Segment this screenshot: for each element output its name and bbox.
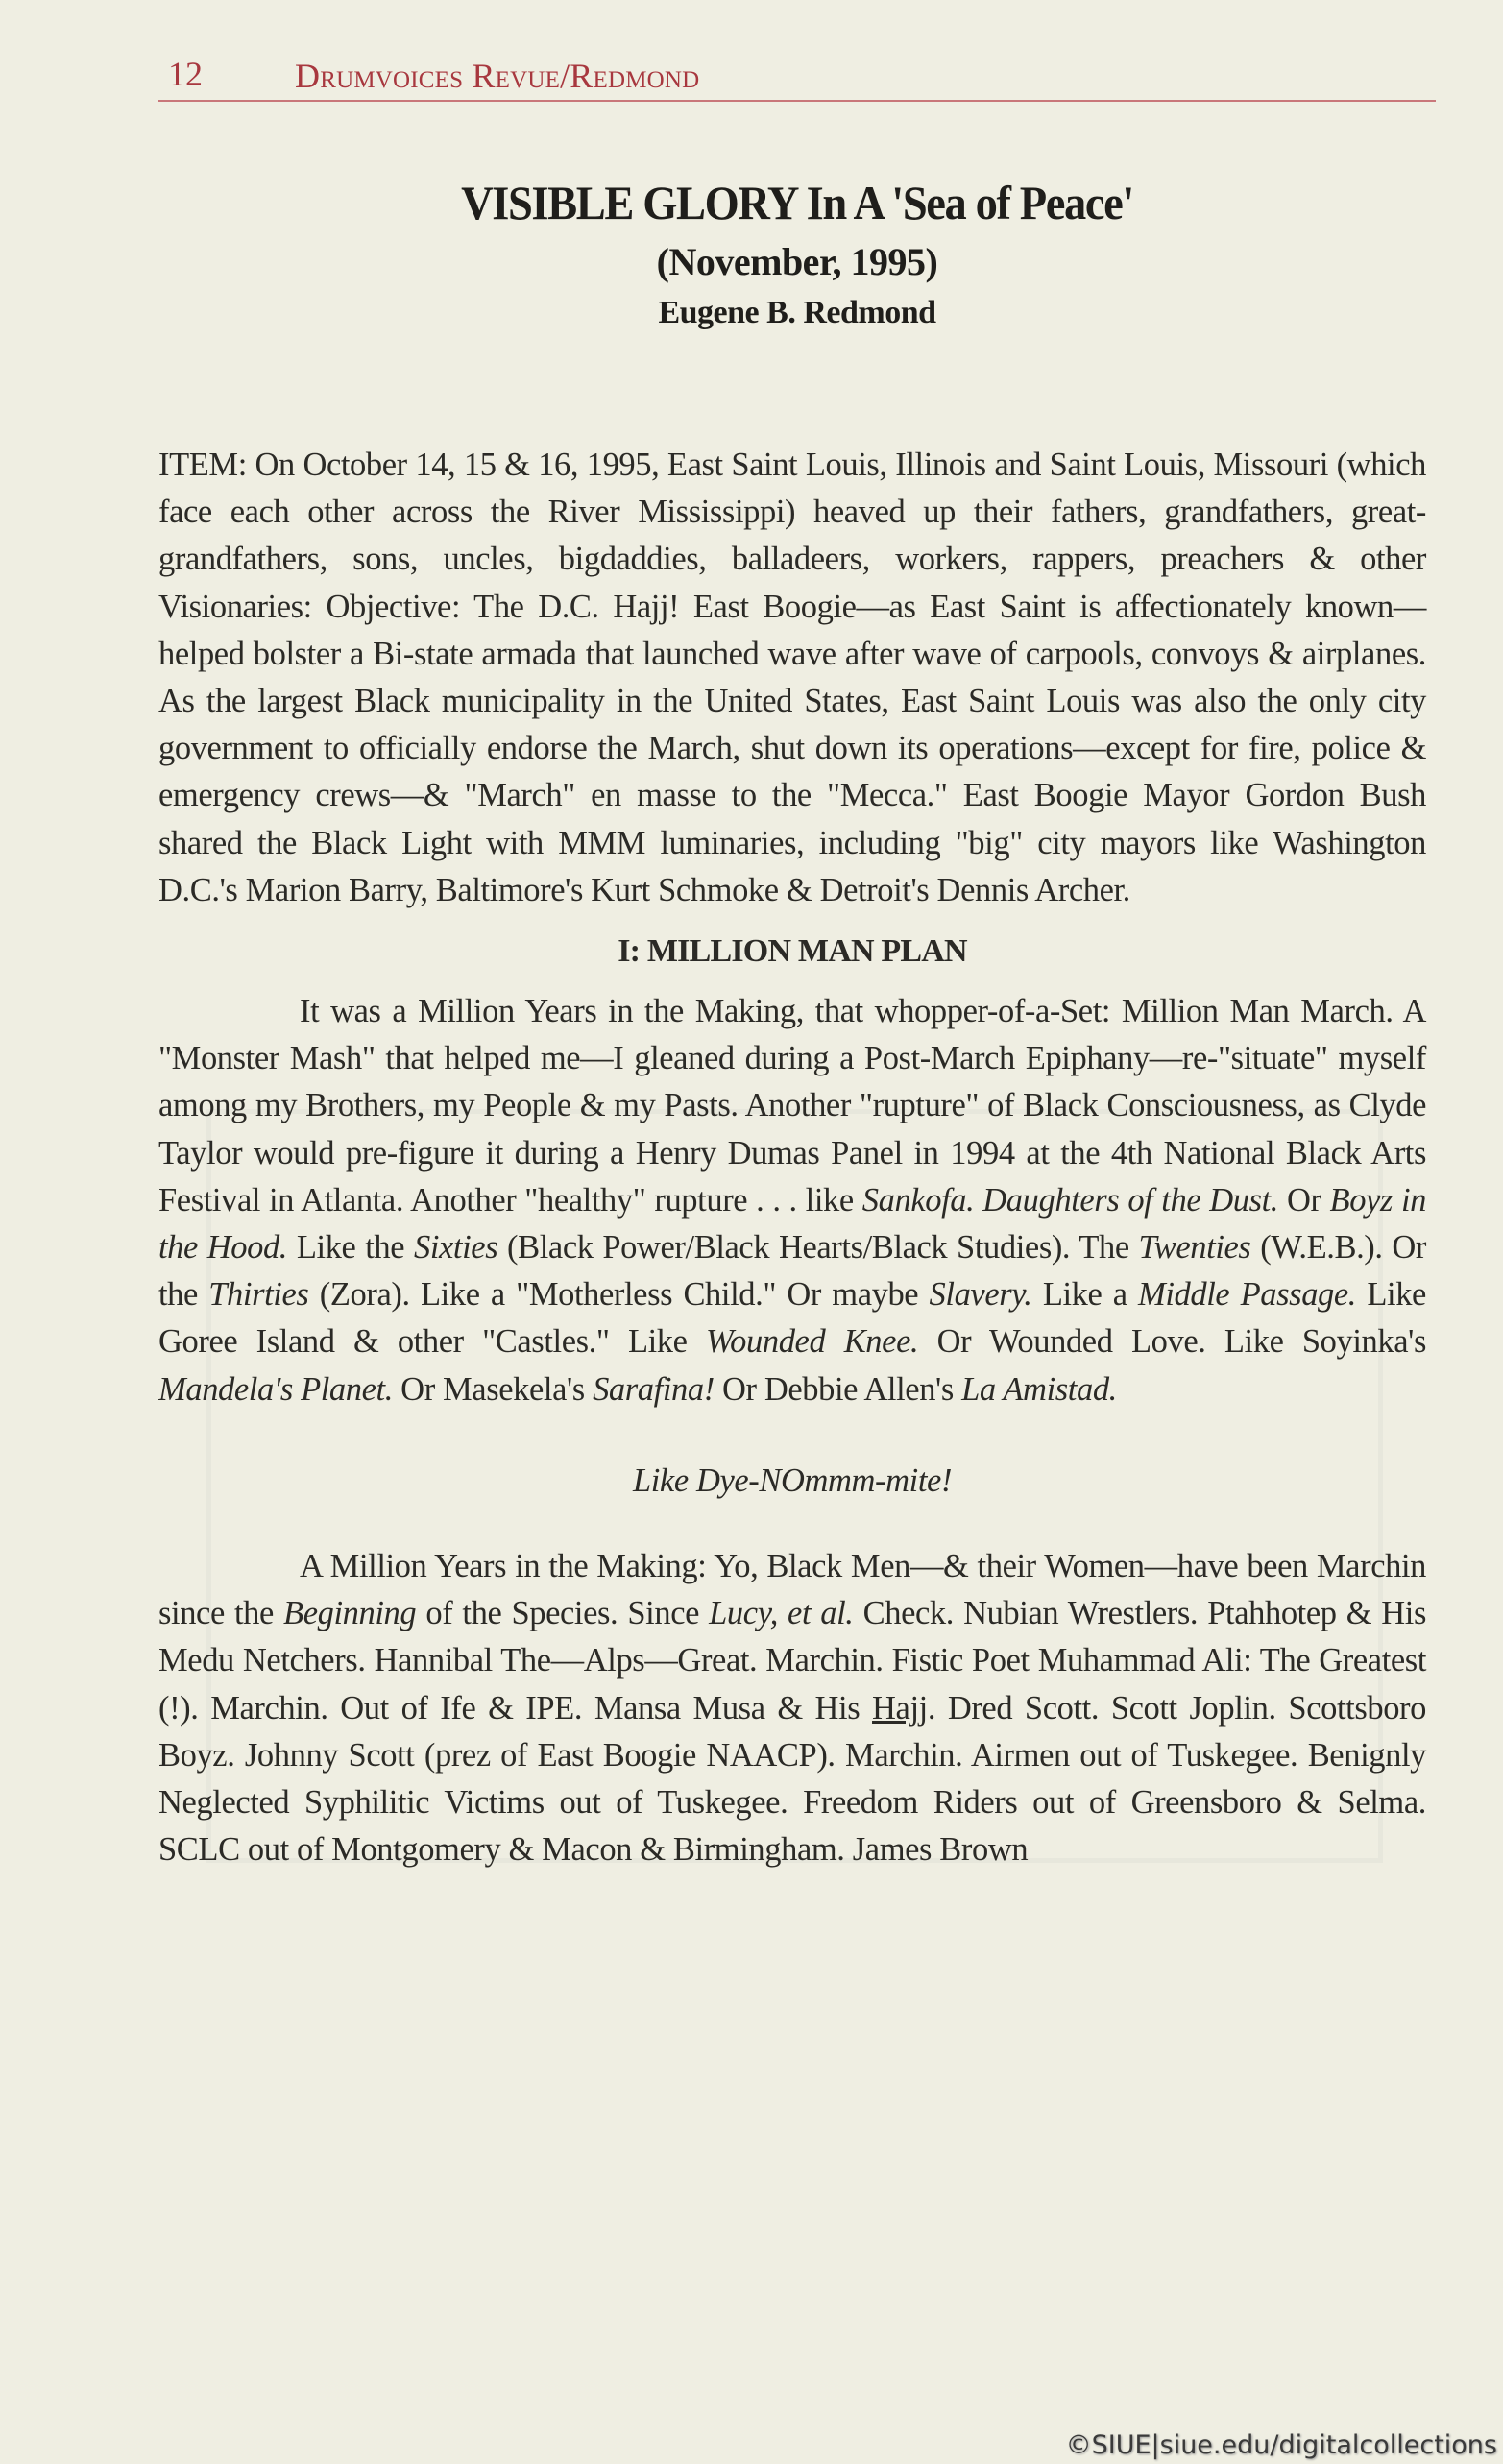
paragraph-million-years: It was a Million Years in the Making, th… (158, 988, 1426, 1413)
copyright-watermark: ©SIUE|siue.edu/digitalcollections (1066, 2430, 1497, 2460)
article-author: Eugene B. Redmond (158, 292, 1436, 334)
document-page: 12 Drumvoices Revue/Redmond VISIBLE GLOR… (0, 0, 1503, 2464)
centered-italic-line: Like Dye-NOmmm-mite! (158, 1458, 1426, 1505)
article-date: (November, 1995) (158, 232, 1436, 292)
page-number: 12 (168, 54, 203, 94)
article-heading: VISIBLE GLORY In A 'Sea of Peace' (Novem… (158, 173, 1436, 334)
running-header: 12 Drumvoices Revue/Redmond (158, 50, 1436, 102)
article-body: ITEM: On October 14, 15 & 16, 1995, East… (158, 442, 1426, 1873)
paragraph-marchin: A Million Years in the Making: Yo, Black… (158, 1543, 1426, 1873)
item-paragraph: ITEM: On October 14, 15 & 16, 1995, East… (158, 442, 1426, 914)
journal-title: Drumvoices Revue/Redmond (295, 56, 699, 96)
section-heading: I: MILLION MAN PLAN (158, 928, 1426, 976)
article-title: VISIBLE GLORY In A 'Sea of Peace' (204, 173, 1392, 232)
